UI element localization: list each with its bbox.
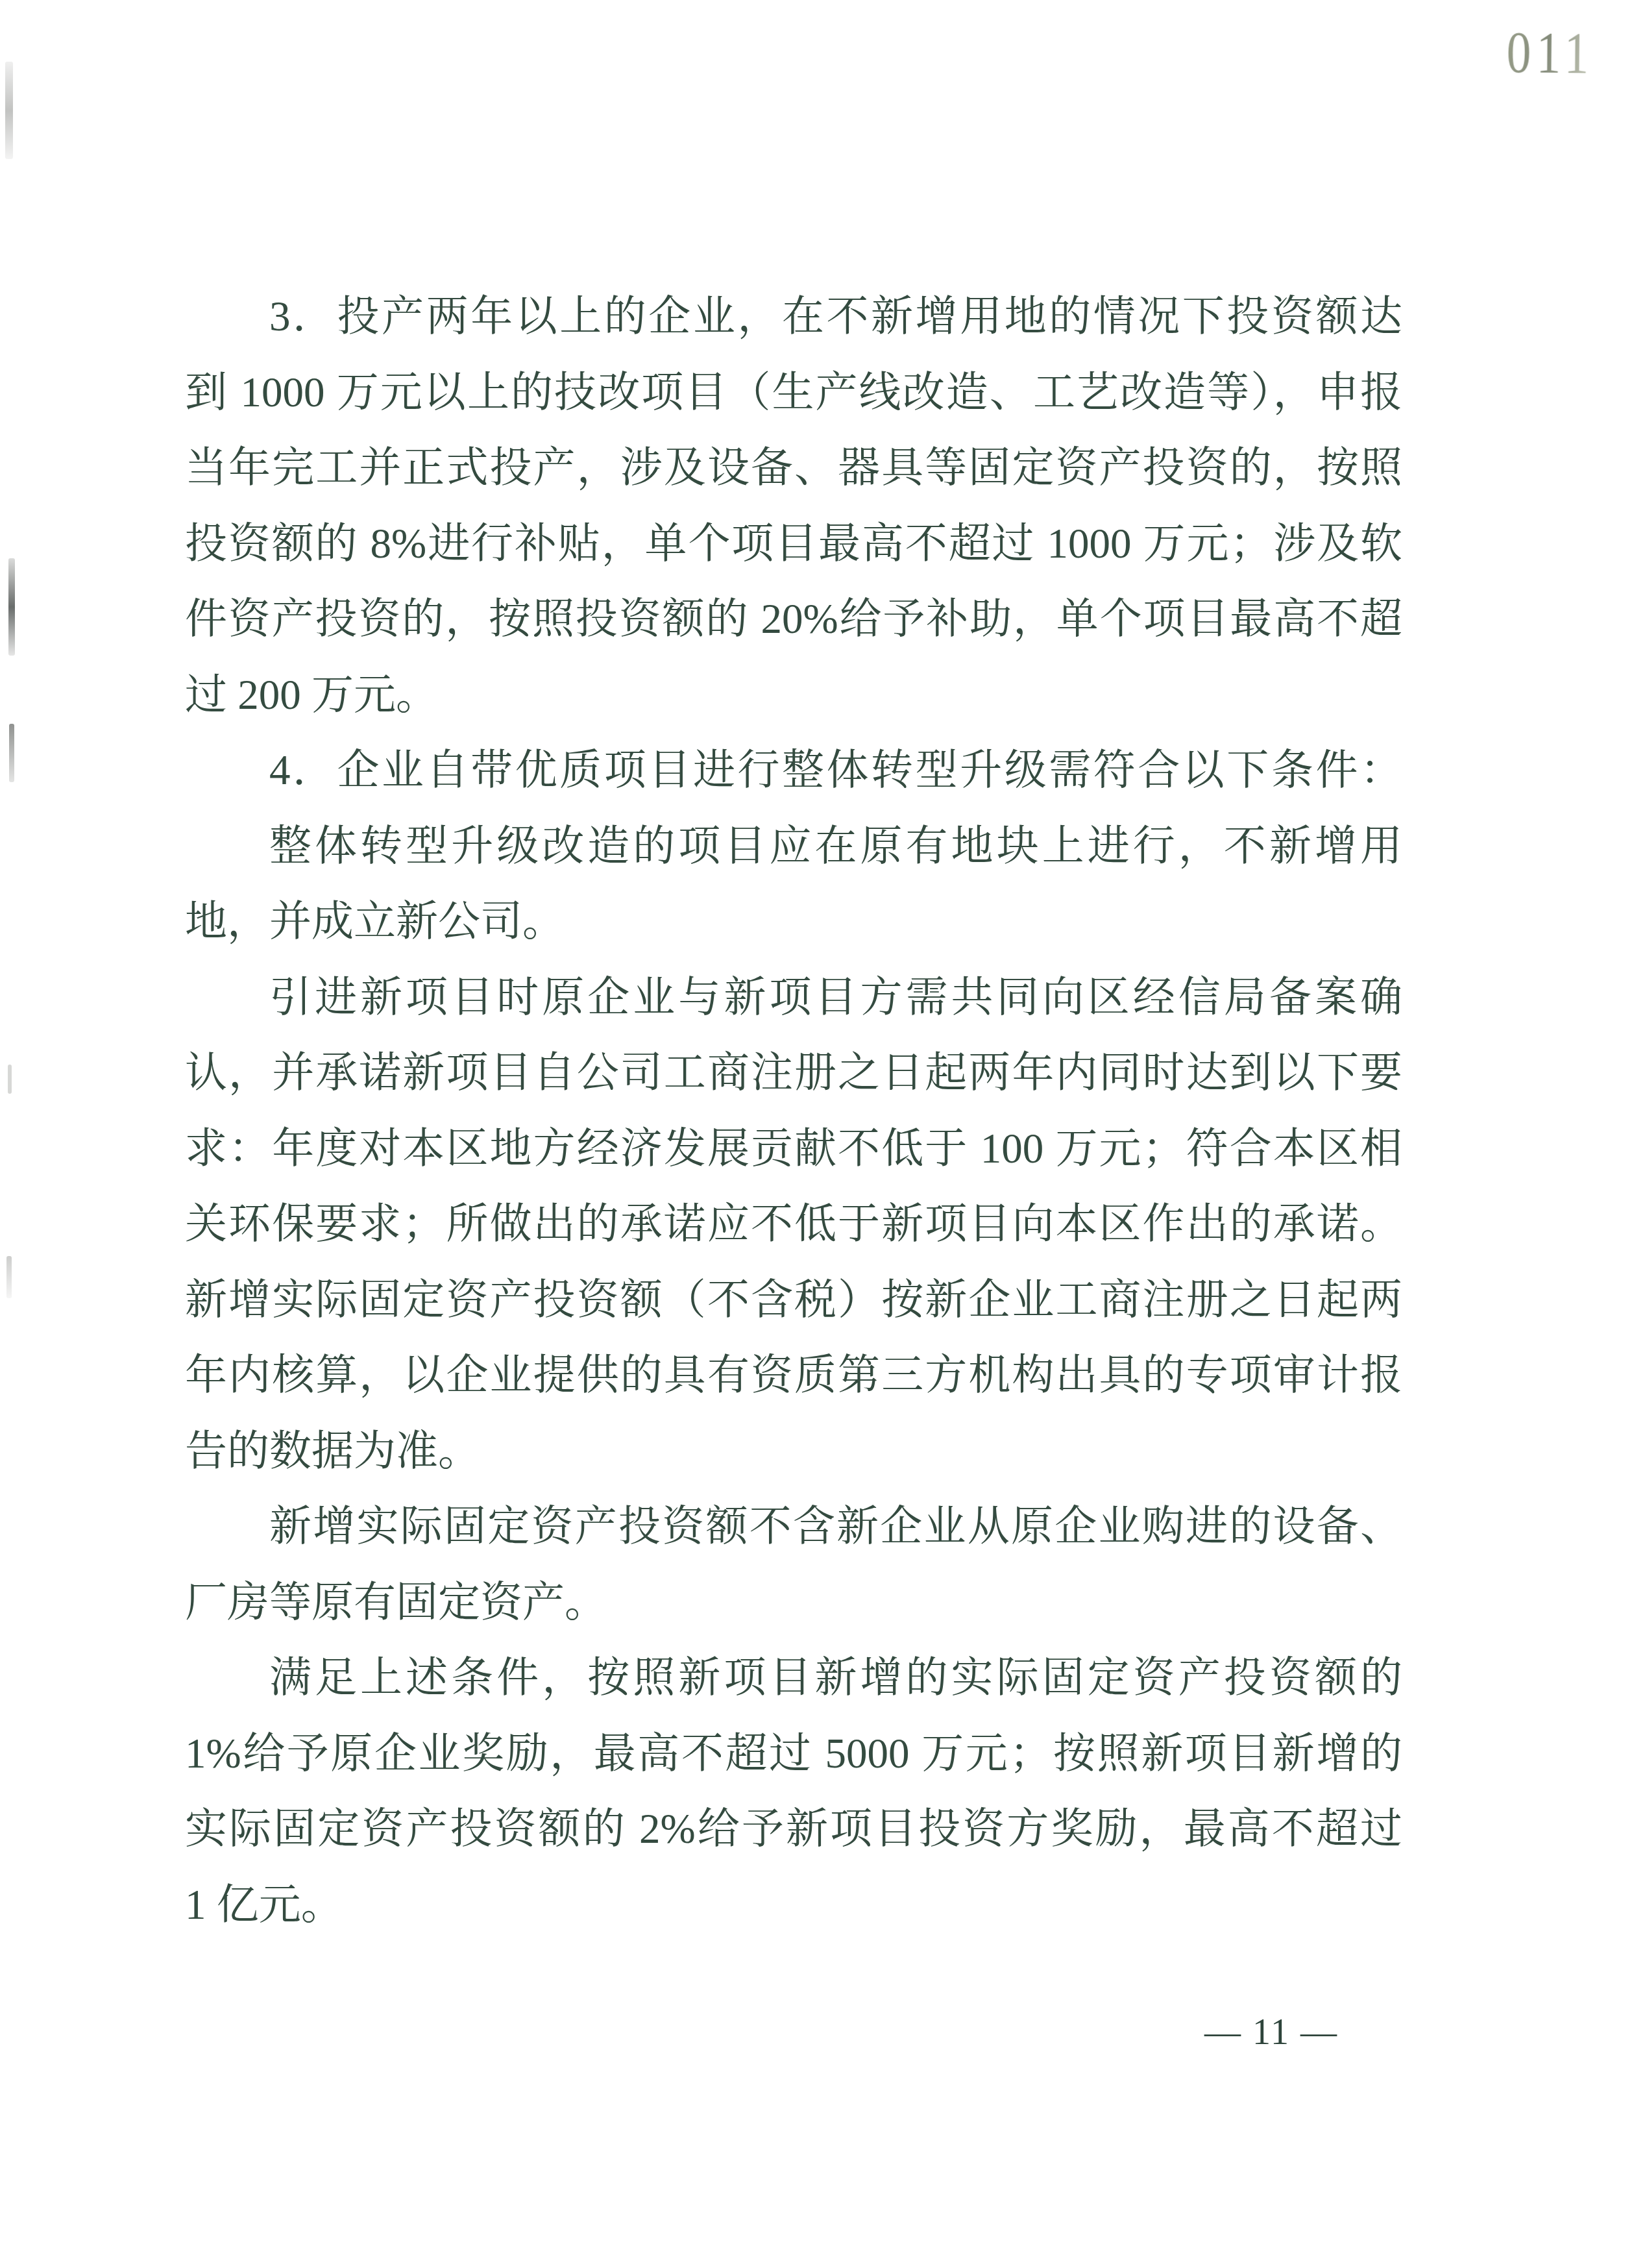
footer-page-number: — 11 — (1204, 2010, 1338, 2055)
scan-edge-artifact (8, 558, 15, 656)
text-line: 3．投产两年以上的企业，在不新增用地的情况下投资额达 (185, 279, 1402, 355)
text-line: 实际固定资产投资额的 2%给予新项目投资方奖励，最高不超过 (185, 1792, 1402, 1867)
scanned-document-page: 011 3．投产两年以上的企业，在不新增用地的情况下投资额达到 1000 万元以… (0, 0, 1634, 2268)
text-line: 厂房等原有固定资产。 (185, 1565, 1402, 1641)
text-line: 投资额的 8%进行补贴，单个项目最高不超过 1000 万元；涉及软 (185, 506, 1402, 582)
stamped-page-number: 011 (1506, 22, 1594, 83)
scan-edge-artifact (5, 62, 13, 159)
text-line: 地，并成立新公司。 (185, 884, 1402, 960)
text-line: 告的数据为准。 (185, 1414, 1402, 1490)
text-line: 过 200 万元。 (185, 658, 1402, 733)
text-line: 1 亿元。 (185, 1867, 1402, 1943)
scan-edge-artifact (8, 1065, 12, 1094)
text-line: 新增实际固定资产投资额（不含税）按新企业工商注册之日起两 (185, 1263, 1402, 1338)
text-line: 引进新项目时原企业与新项目方需共同向区经信局备案确 (185, 960, 1402, 1036)
text-line: 新增实际固定资产投资额不含新企业从原企业购进的设备、 (185, 1489, 1402, 1565)
text-line: 4．企业自带优质项目进行整体转型升级需符合以下条件： (185, 733, 1402, 809)
text-line: 满足上述条件，按照新项目新增的实际固定资产投资额的 (185, 1640, 1402, 1716)
text-line: 认，并承诺新项目自公司工商注册之日起两年内同时达到以下要 (185, 1035, 1402, 1111)
document-body: 3．投产两年以上的企业，在不新增用地的情况下投资额达到 1000 万元以上的技改… (185, 279, 1402, 1943)
text-line: 1%给予原企业奖励，最高不超过 5000 万元；按照新项目新增的 (185, 1716, 1402, 1792)
scan-edge-artifact (6, 1256, 12, 1298)
text-line: 到 1000 万元以上的技改项目（生产线改造、工艺改造等），申报 (185, 355, 1402, 431)
text-line: 当年完工并正式投产，涉及设备、器具等固定资产投资的，按照 (185, 430, 1402, 506)
text-line: 关环保要求；所做出的承诺应不低于新项目向本区作出的承诺。 (185, 1187, 1402, 1263)
scan-edge-artifact (9, 724, 14, 782)
text-line: 求：年度对本区地方经济发展贡献不低于 100 万元；符合本区相 (185, 1111, 1402, 1187)
text-line: 件资产投资的，按照投资额的 20%给予补助，单个项目最高不超 (185, 582, 1402, 658)
text-line: 整体转型升级改造的项目应在原有地块上进行，不新增用 (185, 809, 1402, 885)
text-line: 年内核算，以企业提供的具有资质第三方机构出具的专项审计报 (185, 1338, 1402, 1414)
